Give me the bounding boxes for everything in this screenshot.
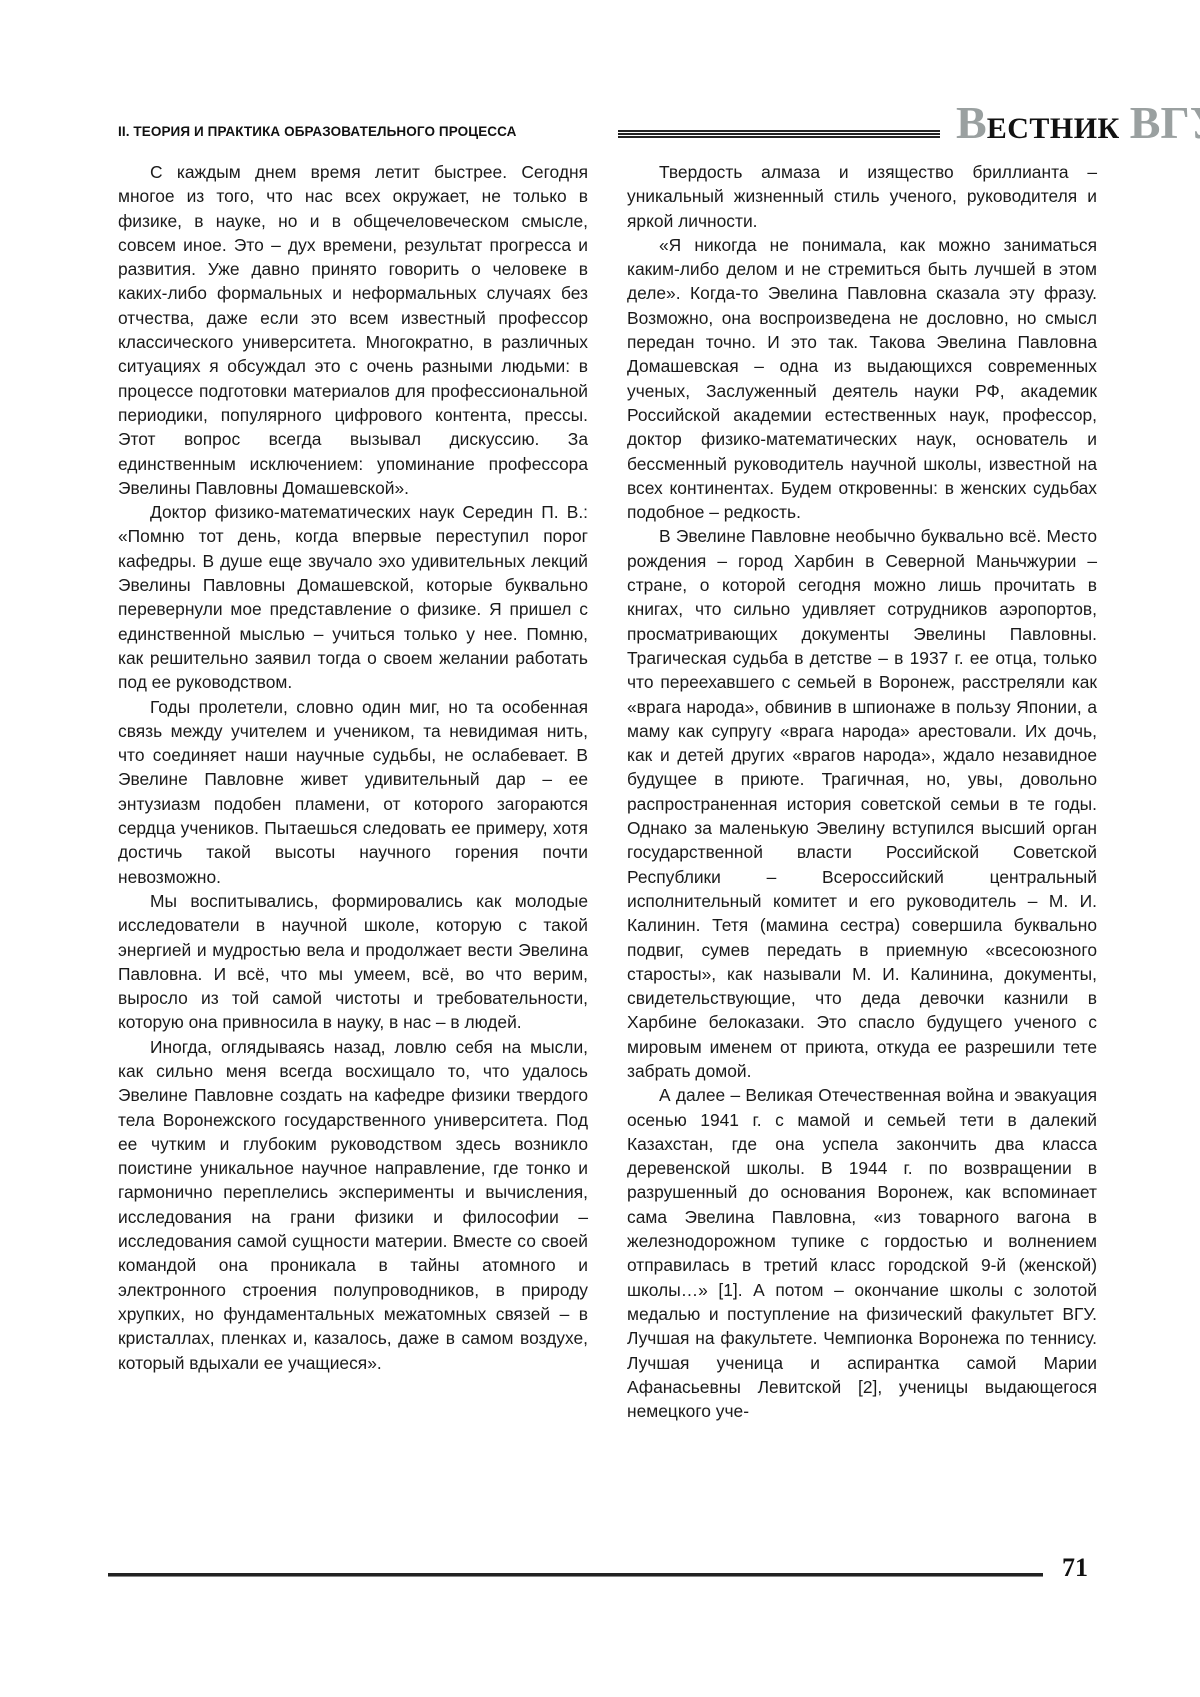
section-title: II. ТЕОРИЯ И ПРАКТИКА ОБРАЗОВАТЕЛЬНОГО П… bbox=[118, 124, 517, 139]
paragraph: В Эвелине Павловне необычно буквально вс… bbox=[627, 524, 1097, 1083]
paragraph: «Я никогда не понимала, как можно занима… bbox=[627, 233, 1097, 525]
page-number: 71 bbox=[1062, 1553, 1088, 1583]
article-body: С каждым днем время летит быстрее. Сегод… bbox=[118, 160, 1100, 1530]
header-rule bbox=[618, 130, 940, 138]
paragraph: Годы пролетели, словно один миг, но та о… bbox=[118, 695, 588, 889]
running-header: II. ТЕОРИЯ И ПРАКТИКА ОБРАЗОВАТЕЛЬНОГО П… bbox=[118, 100, 1100, 148]
footer-rule bbox=[108, 1573, 1043, 1577]
paragraph: А далее – Великая Отечественная война и … bbox=[627, 1083, 1097, 1423]
paragraph: Мы воспитывались, формировались как моло… bbox=[118, 889, 588, 1035]
left-column: С каждым днем время летит быстрее. Сегод… bbox=[118, 160, 588, 1375]
paragraph: Иногда, оглядываясь назад, ловлю себя на… bbox=[118, 1035, 588, 1375]
journal-logo-vgu: ВГУ bbox=[1130, 97, 1200, 148]
paragraph: Доктор физико-математических наук Середи… bbox=[118, 500, 588, 694]
journal-logo: ВЕСТНИКВГУ bbox=[956, 100, 1200, 146]
journal-logo-text: ЕСТНИК bbox=[987, 112, 1120, 145]
right-column: Твердость алмаза и изящество бриллианта … bbox=[627, 160, 1097, 1423]
paragraph: Твердость алмаза и изящество бриллианта … bbox=[627, 160, 1097, 233]
paragraph: С каждым днем время летит быстрее. Сегод… bbox=[118, 160, 588, 500]
journal-logo-cap: В bbox=[956, 97, 987, 148]
